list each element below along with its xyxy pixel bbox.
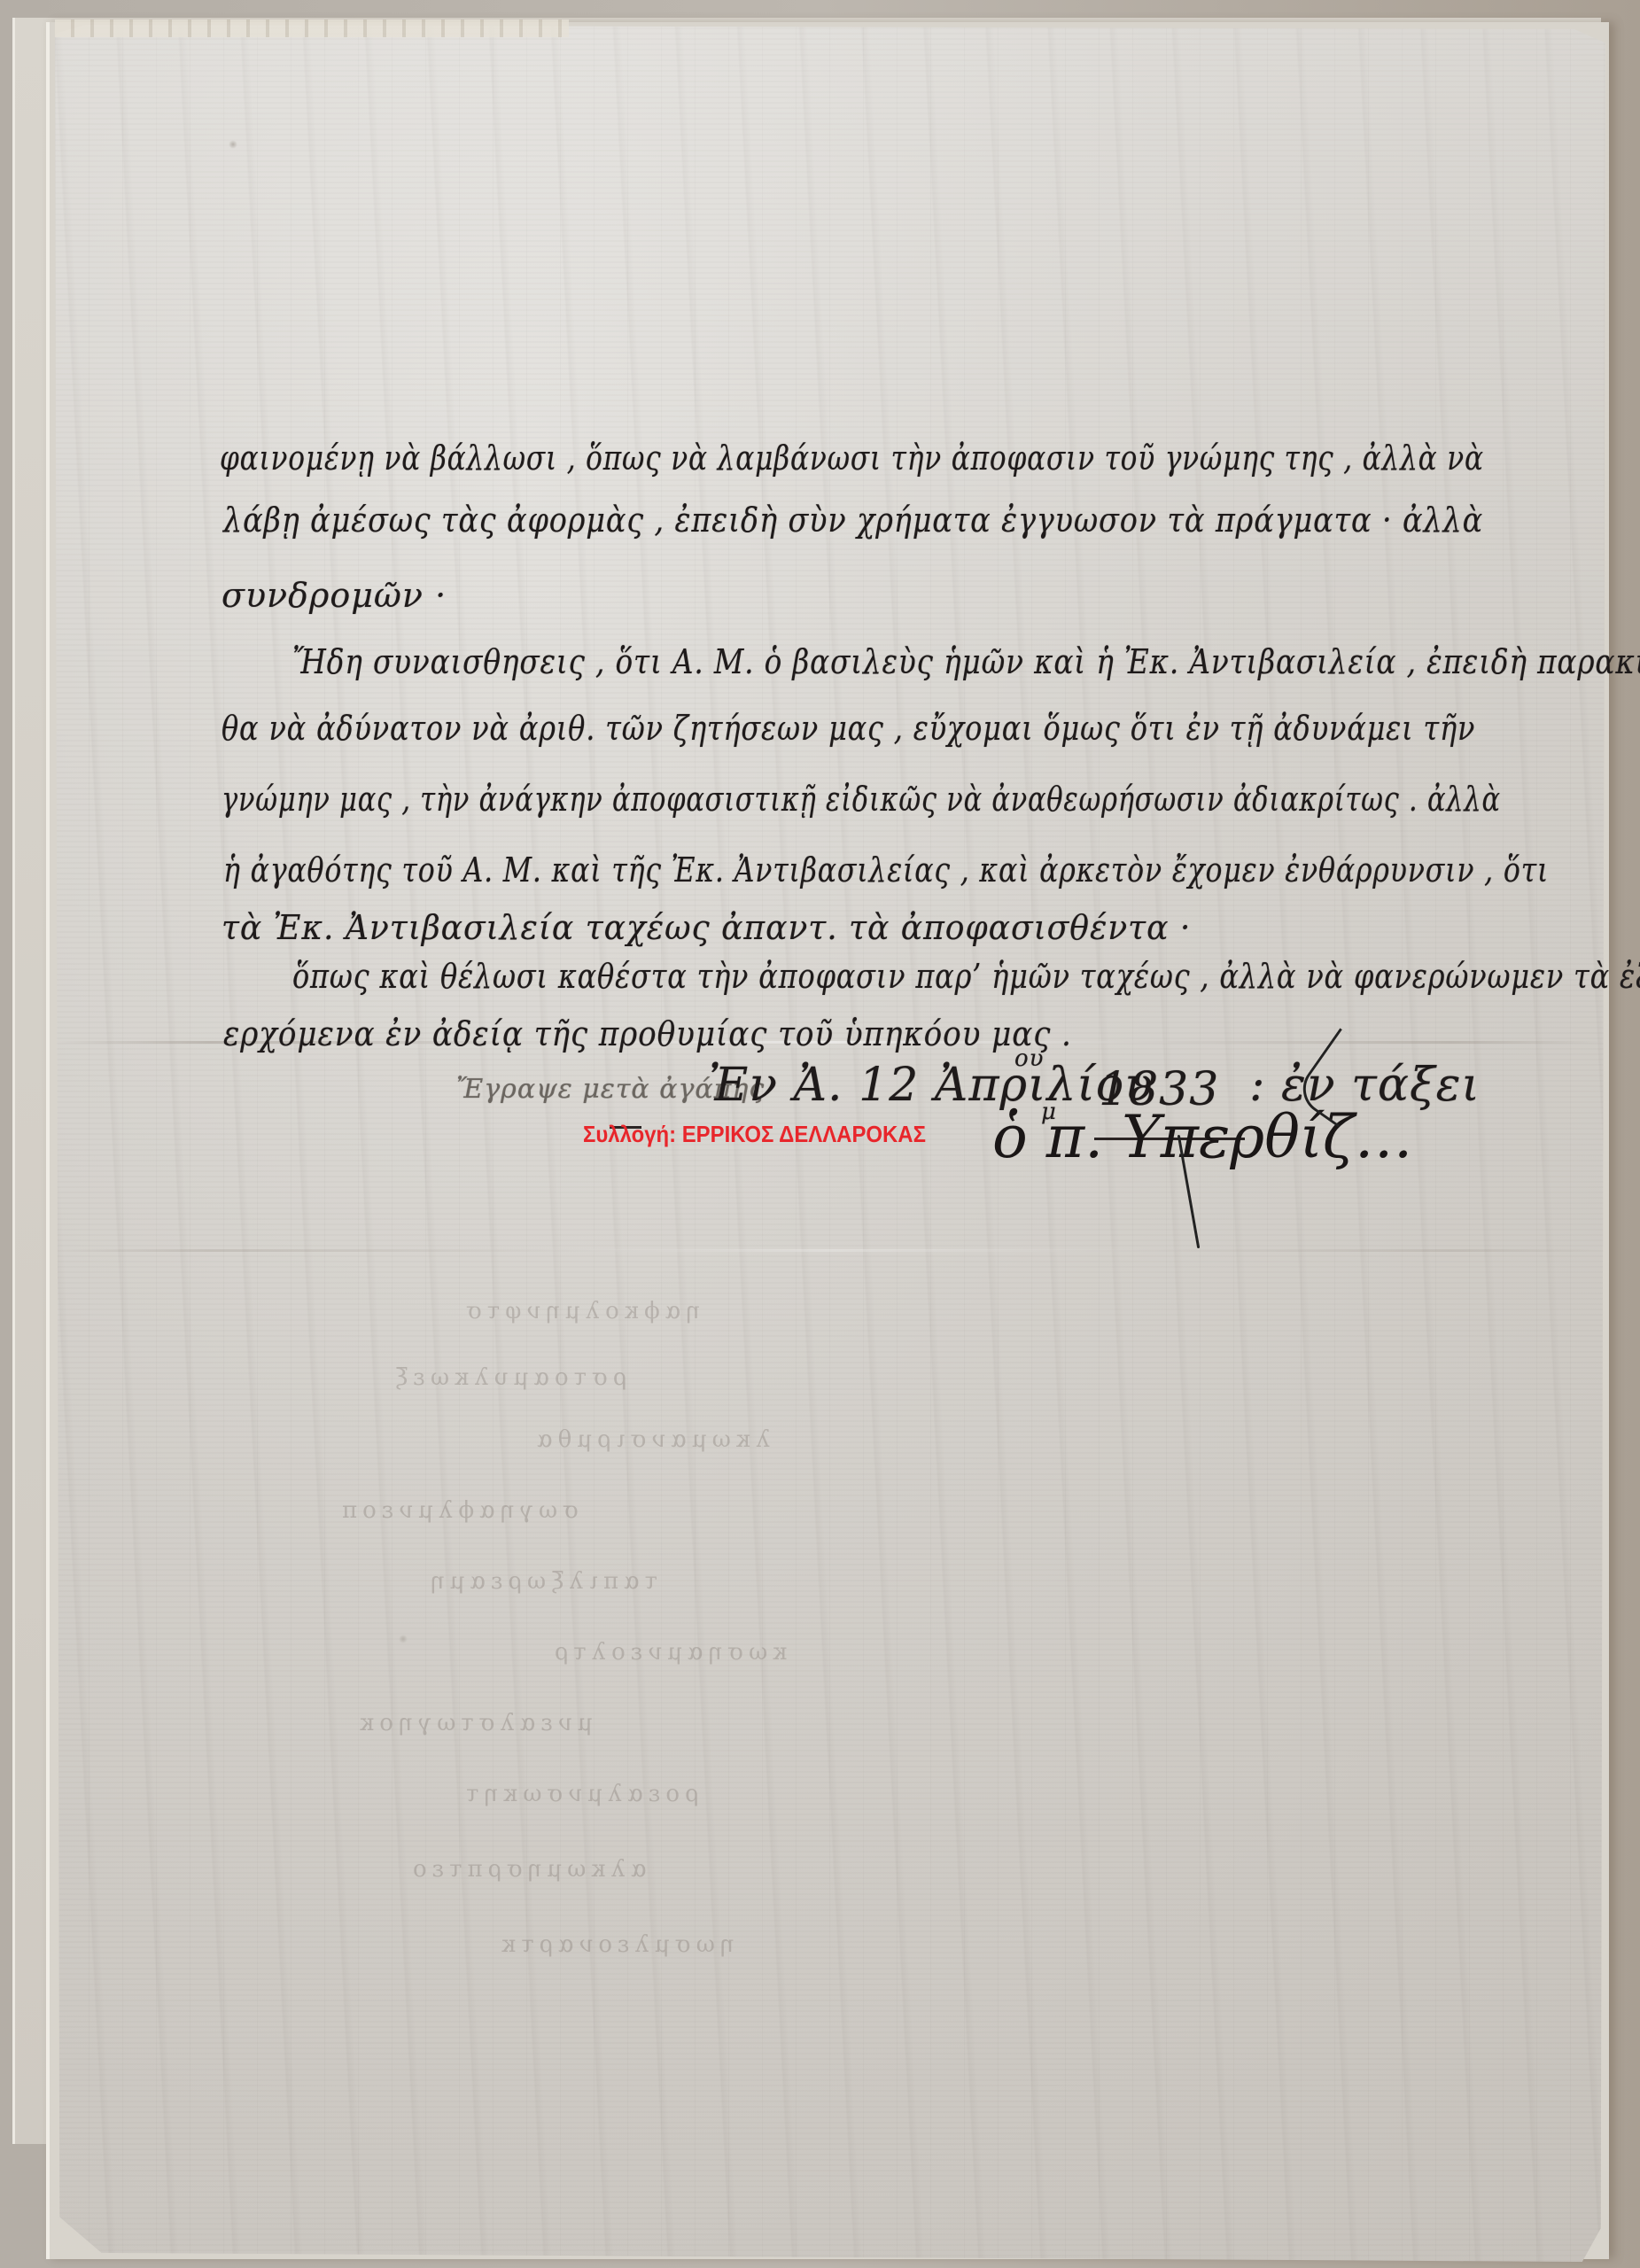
collection-watermark: Συλλογή: ΕΡΡΙΚΟΣ ΔΕΛΛΑΡΟΚΑΣ (583, 1121, 926, 1148)
letter-line: συνδρομῶν · (222, 576, 447, 615)
letter-line: Ἤδη συναισθησεις , ὅτι Α. Μ. ὁ βασιλεὺς … (292, 642, 1640, 681)
letter-line: τὰ Ἐκ. Ἀντιβασιλεία ταχέως ἀπαντ. τὰ ἀπο… (222, 908, 1191, 947)
letter-line: ερχόμενα ἐν ἀδείᾳ τῆς προθυμίας τοῦ ὑπηκ… (223, 1014, 1072, 1053)
date-superscript: ου (1014, 1045, 1044, 1072)
letter-line: ὅπως καὶ θέλωσι καθέστα τὴν ἀποφασιν παρ… (292, 957, 1640, 996)
letter-line: λάβῃ ἀμέσως τὰς ἀφορμὰς , ἐπειδὴ σὺν χρή… (223, 501, 1483, 540)
signature-name: Υπερθίζ… (1122, 1103, 1413, 1171)
letter-line: φαινομένῃ νὰ βάλλωσι , ὅπως νὰ λαμβάνωσι… (220, 439, 1484, 478)
letter-line: γνώμην μας , τὴν ἀνάγκην ἀποφασιστικῇ εἰ… (222, 780, 1501, 819)
signature-superscript: μ (1041, 1099, 1057, 1125)
letter-line: θα νὰ ἀδύνατον νὰ ἀριθ. τῶν ζητήσεων μας… (222, 709, 1475, 748)
letter-line: ἡ ἀγαθότης τοῦ Α. Μ. καὶ τῆς Ἐκ. Ἀντιβασ… (223, 850, 1549, 889)
